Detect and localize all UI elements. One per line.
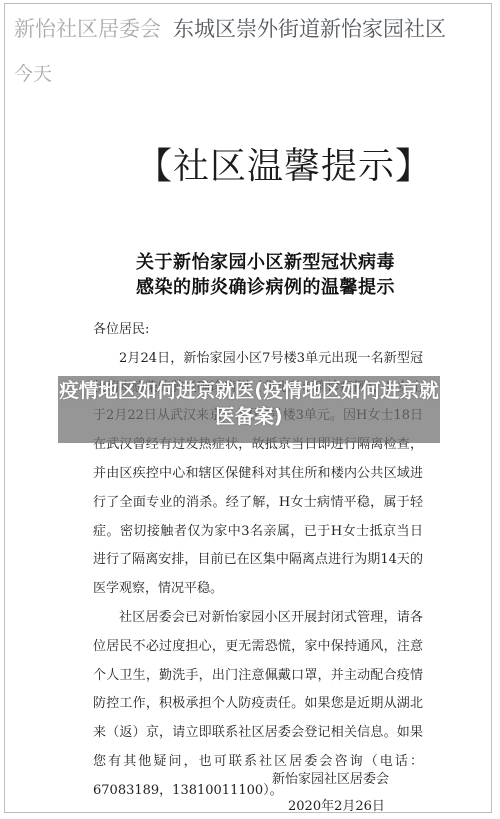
post-header: 新怡社区居委会东城区崇外街道新怡家园社区: [14, 14, 446, 44]
notice-subtitle-line2: 感染的肺炎确诊病例的温馨提示: [136, 275, 396, 300]
notice-banner-title: 【社区温馨提示】: [136, 138, 432, 189]
caption-overlay-text: 疫情地区如何进京就医(疫情地区如何进京就医备案): [58, 378, 440, 430]
signature-date: 2020年2月26日: [288, 795, 385, 814]
account-name[interactable]: 新怡社区居委会: [14, 17, 161, 41]
notice-subtitle: 关于新怡家园小区新型冠状病毒 感染的肺炎确诊病例的温馨提示: [136, 250, 396, 300]
post-date: 今天: [14, 59, 52, 86]
notice-subtitle-line1: 关于新怡家园小区新型冠状病毒: [136, 250, 396, 275]
signature: 新怡家园社区居委会: [272, 768, 389, 787]
location-label: 东城区崇外街道新怡家园社区: [173, 17, 446, 41]
salutation: 各位居民:: [93, 316, 423, 345]
